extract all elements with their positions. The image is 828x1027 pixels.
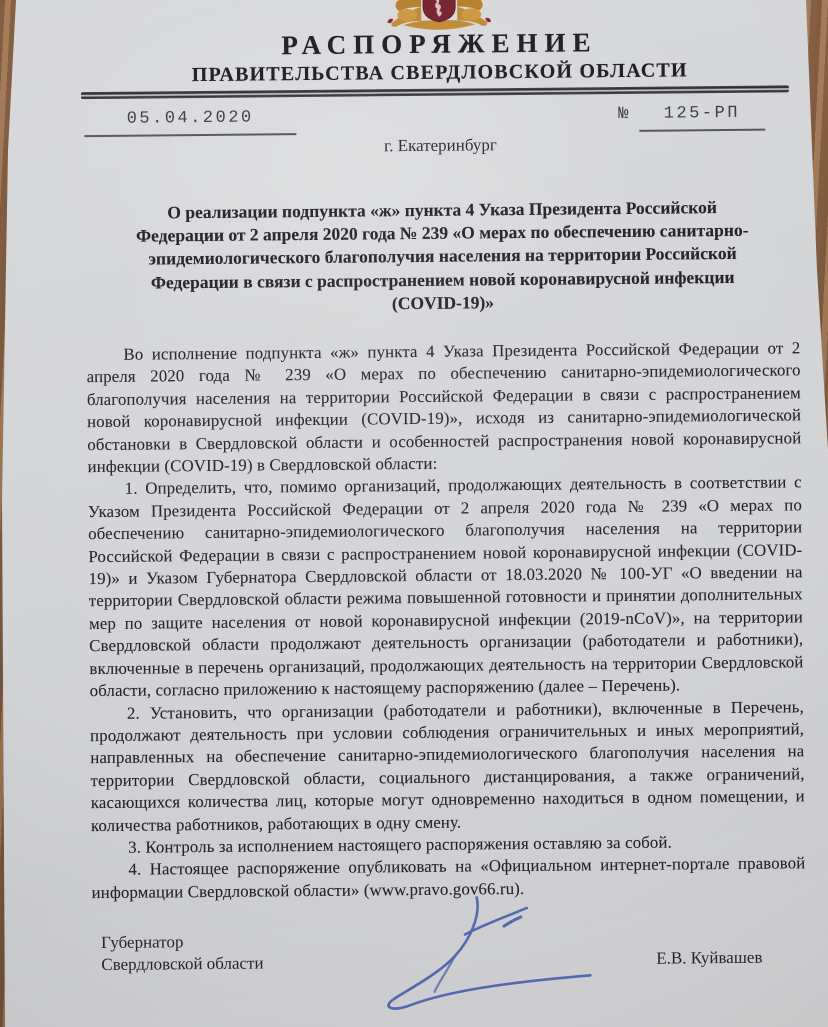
table-background: РАСПОРЯЖЕНИЕ ПРАВИТЕЛЬСТВА СВЕРДЛОВСКОЙ …	[0, 0, 828, 1027]
document-page: РАСПОРЯЖЕНИЕ ПРАВИТЕЛЬСТВА СВЕРДЛОВСКОЙ …	[0, 0, 828, 1027]
paragraph-preamble: Во исполнение подпункта «ж» пункта 4 Ука…	[86, 337, 801, 478]
number-value: 125-РП	[639, 104, 765, 132]
document-content: РАСПОРЯЖЕНИЕ ПРАВИТЕЛЬСТВА СВЕРДЛОВСКОЙ …	[0, 0, 828, 1027]
date-field: 05.04.2020	[84, 108, 296, 137]
date-value: 05.04.2020	[127, 109, 254, 129]
signatory-post-line1: Губернатор	[101, 930, 263, 953]
subject-title: О реализации подпункта «ж» пункта 4 Указ…	[131, 196, 754, 318]
signature-icon	[354, 886, 615, 1023]
signatory-post-line2: Свердловской области	[101, 952, 263, 975]
paragraph-item-1: 1. Определить, что, помимо организаций, …	[88, 472, 804, 703]
paragraph-item-2: 2. Установить, что организации (работода…	[90, 696, 805, 837]
document-body: Во исполнение подпункта «ж» пункта 4 Ука…	[86, 337, 805, 904]
signatory-name: Е.В. Куйвашев	[656, 948, 762, 969]
document-kind-title: РАСПОРЯЖЕНИЕ	[53, 25, 825, 63]
document-issuer: ПРАВИТЕЛЬСТВА СВЕРДЛОВСКОЙ ОБЛАСТИ	[54, 58, 826, 88]
number-field: №125-РП	[618, 104, 765, 130]
header-divider-rule	[81, 85, 789, 99]
signatory-post: Губернатор Свердловской области	[101, 930, 264, 975]
number-sign: №	[618, 105, 631, 124]
